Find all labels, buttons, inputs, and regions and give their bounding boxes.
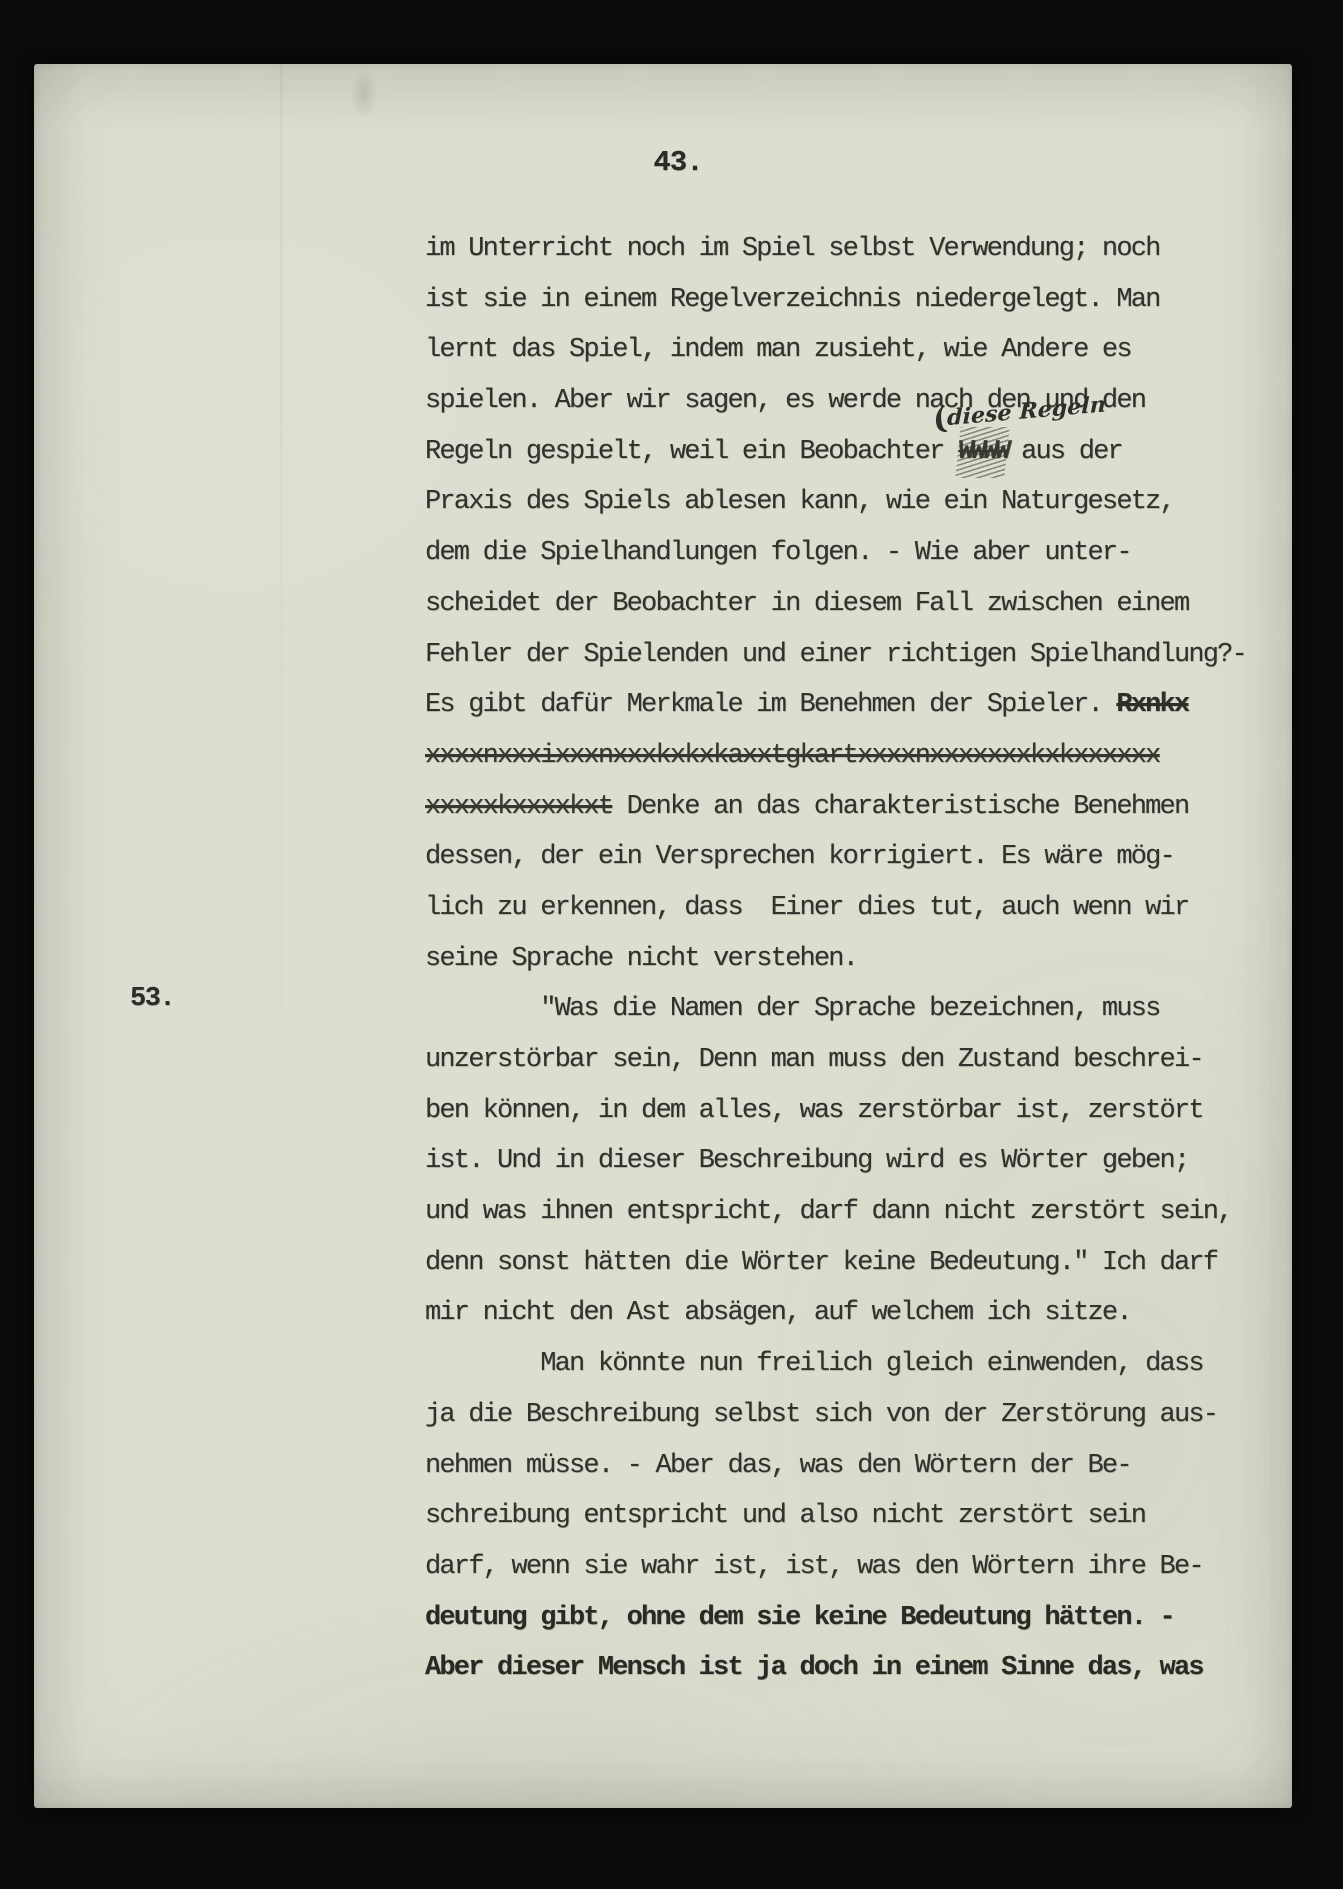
page-number: 43. <box>618 146 738 179</box>
typewritten-text: im Unterricht noch im Spiel selbst Verwe… <box>425 234 1160 264</box>
typewritten-text: lernt das Spiel, indem man zusieht, wie … <box>425 335 1131 365</box>
text-line: "Was die Namen der Sprache bezeichnen, m… <box>425 984 1285 1035</box>
typewritten-text: Fehler der Spielenden und einer richtige… <box>425 640 1246 670</box>
text-line: unzerstörbar sein, Denn man muss den Zus… <box>425 1035 1285 1086</box>
text-line: schreibung entspricht und also nicht zer… <box>425 1491 1285 1542</box>
text-line: xxxxxkxxxxkxt Denke an das charakteristi… <box>425 782 1285 833</box>
margin-section-number: 53. <box>130 984 174 1014</box>
crossed-out-text: xxxxxkxxxxkxt <box>425 792 612 822</box>
text-line: dem die Spielhandlungen folgen. - Wie ab… <box>425 528 1285 579</box>
text-line: seine Sprache nicht verstehen. <box>425 934 1285 985</box>
text-line: dessen, der ein Versprechen korrigiert. … <box>425 832 1285 883</box>
typewritten-text: Es gibt dafür Merkmale im Benehmen der S… <box>425 690 1116 720</box>
typewritten-text: ben können, in dem alles, was zerstörbar… <box>425 1096 1203 1126</box>
text-line: Regeln gespielt, weil ein Beobachter WWW… <box>425 427 1285 478</box>
text-line: deutung gibt, ohne dem sie keine Bedeutu… <box>425 1593 1285 1644</box>
text-line: mir nicht den Ast absägen, auf welchem i… <box>425 1288 1285 1339</box>
text-line: und was ihnen entspricht, darf dann nich… <box>425 1187 1285 1238</box>
typewritten-text: dessen, der ein Versprechen korrigiert. … <box>425 842 1174 872</box>
typewritten-text: ist. Und in dieser Beschreibung wird es … <box>425 1146 1188 1176</box>
text-line: denn sonst hätten die Wörter keine Bedeu… <box>425 1238 1285 1289</box>
text-line: im Unterricht noch im Spiel selbst Verwe… <box>425 224 1285 275</box>
text-line: Es gibt dafür Merkmale im Benehmen der S… <box>425 680 1285 731</box>
crossed-out-word: WWWWdiese Regeln <box>955 427 1009 478</box>
typewritten-text: Man könnte nun freilich gleich einwenden… <box>425 1349 1203 1379</box>
typewritten-text: nehmen müsse. - Aber das, was den Wörter… <box>425 1451 1131 1481</box>
text-line: nehmen müsse. - Aber das, was den Wörter… <box>425 1441 1285 1492</box>
crossed-out-text: Rxnkx <box>1116 690 1188 720</box>
typewritten-text: "Was die Namen der Sprache bezeichnen, m… <box>425 994 1160 1024</box>
text-line: Aber dieser Mensch ist ja doch in einem … <box>425 1643 1285 1694</box>
text-line: Man könnte nun freilich gleich einwenden… <box>425 1339 1285 1390</box>
text-line: ja die Beschreibung selbst sich von der … <box>425 1390 1285 1441</box>
text-line: ist. Und in dieser Beschreibung wird es … <box>425 1136 1285 1187</box>
text-line: lernt das Spiel, indem man zusieht, wie … <box>425 325 1285 376</box>
crossed-out-text: xxxxnxxxixxxnxxxkxkxkaxxtgkartxxxxnxxxxx… <box>425 741 1160 771</box>
typewritten-text: lich zu erkennen, dass Einer dies tut, a… <box>425 893 1188 923</box>
typewritten-text: mir nicht den Ast absägen, auf welchem i… <box>425 1298 1131 1328</box>
typewritten-text: aus der <box>1007 437 1122 467</box>
typewritten-text: Regeln gespielt, weil ein Beobachter <box>425 437 958 467</box>
typewritten-text: schreibung entspricht und also nicht zer… <box>425 1501 1145 1531</box>
typewritten-text: deutung gibt, ohne dem sie keine Bedeutu… <box>425 1603 1174 1633</box>
scan-background: { "page": { "background_color": "#0b0b09… <box>0 0 1343 1889</box>
typewritten-text: seine Sprache nicht verstehen. <box>425 944 857 974</box>
typewritten-text: Denke an das charakteristische Benehmen <box>612 792 1188 822</box>
text-line: Praxis des Spiels ablesen kann, wie ein … <box>425 477 1285 528</box>
typewritten-text: und was ihnen entspricht, darf dann nich… <box>425 1197 1232 1227</box>
typewritten-text: darf, wenn sie wahr ist, ist, was den Wö… <box>425 1552 1203 1582</box>
typewritten-text: ist sie in einem Regelverzeichnis nieder… <box>425 285 1160 315</box>
typewritten-text: Aber dieser Mensch ist ja doch in einem … <box>425 1653 1203 1683</box>
text-line: scheidet der Beobachter in diesem Fall z… <box>425 579 1285 630</box>
text-line: spielen. Aber wir sagen, es werde nach d… <box>425 376 1285 427</box>
typewritten-text: unzerstörbar sein, Denn man muss den Zus… <box>425 1045 1203 1075</box>
manuscript-page: 43. 53. im Unterricht noch im Spiel selb… <box>34 64 1292 1808</box>
typewritten-text: Praxis des Spiels ablesen kann, wie ein … <box>425 487 1174 517</box>
typescript-text: im Unterricht noch im Spiel selbst Verwe… <box>425 224 1285 1694</box>
typewritten-text: ja die Beschreibung selbst sich von der … <box>425 1400 1217 1430</box>
typewritten-text: scheidet der Beobachter in diesem Fall z… <box>425 589 1188 619</box>
text-line: lich zu erkennen, dass Einer dies tut, a… <box>425 883 1285 934</box>
text-line: xxxxnxxxixxxnxxxkxkxkaxxtgkartxxxxnxxxxx… <box>425 731 1285 782</box>
text-line: darf, wenn sie wahr ist, ist, was den Wö… <box>425 1542 1285 1593</box>
typewritten-text: denn sonst hätten die Wörter keine Bedeu… <box>425 1248 1217 1278</box>
text-line: Fehler der Spielenden und einer richtige… <box>425 630 1285 681</box>
text-line: ist sie in einem Regelverzeichnis nieder… <box>425 275 1285 326</box>
text-line: ben können, in dem alles, was zerstörbar… <box>425 1086 1285 1137</box>
typewritten-text: dem die Spielhandlungen folgen. - Wie ab… <box>425 538 1131 568</box>
